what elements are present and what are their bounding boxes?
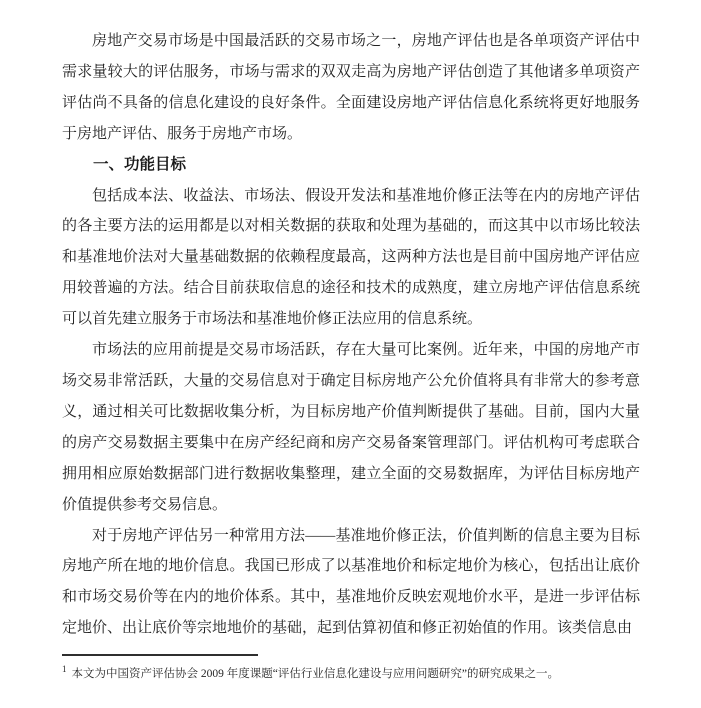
footnote-marker: 1	[62, 664, 67, 674]
footnote-line: 1本文为中国资产评估协会 2009 年度课题“评估行业信息化建设与应用问题研究”…	[62, 663, 640, 684]
document-page: 房地产交易市场是中国最活跃的交易市场之一，房地产评估也是各单项资产评估中需求量较…	[0, 0, 701, 708]
paragraph-methods-overview: 包括成本法、收益法、市场法、假设开发法和基准地价修正法等在内的房地产评估的各主要…	[62, 181, 640, 336]
paragraph-intro: 房地产交易市场是中国最活跃的交易市场之一，房地产评估也是各单项资产评估中需求量较…	[62, 26, 640, 150]
section-heading-function-goals: 一、功能目标	[62, 150, 640, 181]
paragraph-benchmark-land-price: 对于房地产评估另一种常用方法——基准地价修正法，价值判断的信息主要为目标房地产所…	[62, 521, 640, 645]
document-body: 房地产交易市场是中国最活跃的交易市场之一，房地产评估也是各单项资产评估中需求量较…	[62, 26, 640, 644]
paragraph-market-method: 市场法的应用前提是交易市场活跃，存在大量可比案例。近年来，中国的房地产市场交易非…	[62, 335, 640, 520]
footnote-separator	[62, 654, 258, 656]
footnote-text: 本文为中国资产评估协会 2009 年度课题“评估行业信息化建设与应用问题研究”的…	[72, 668, 559, 680]
footnote-area: 1本文为中国资产评估协会 2009 年度课题“评估行业信息化建设与应用问题研究”…	[62, 654, 640, 684]
